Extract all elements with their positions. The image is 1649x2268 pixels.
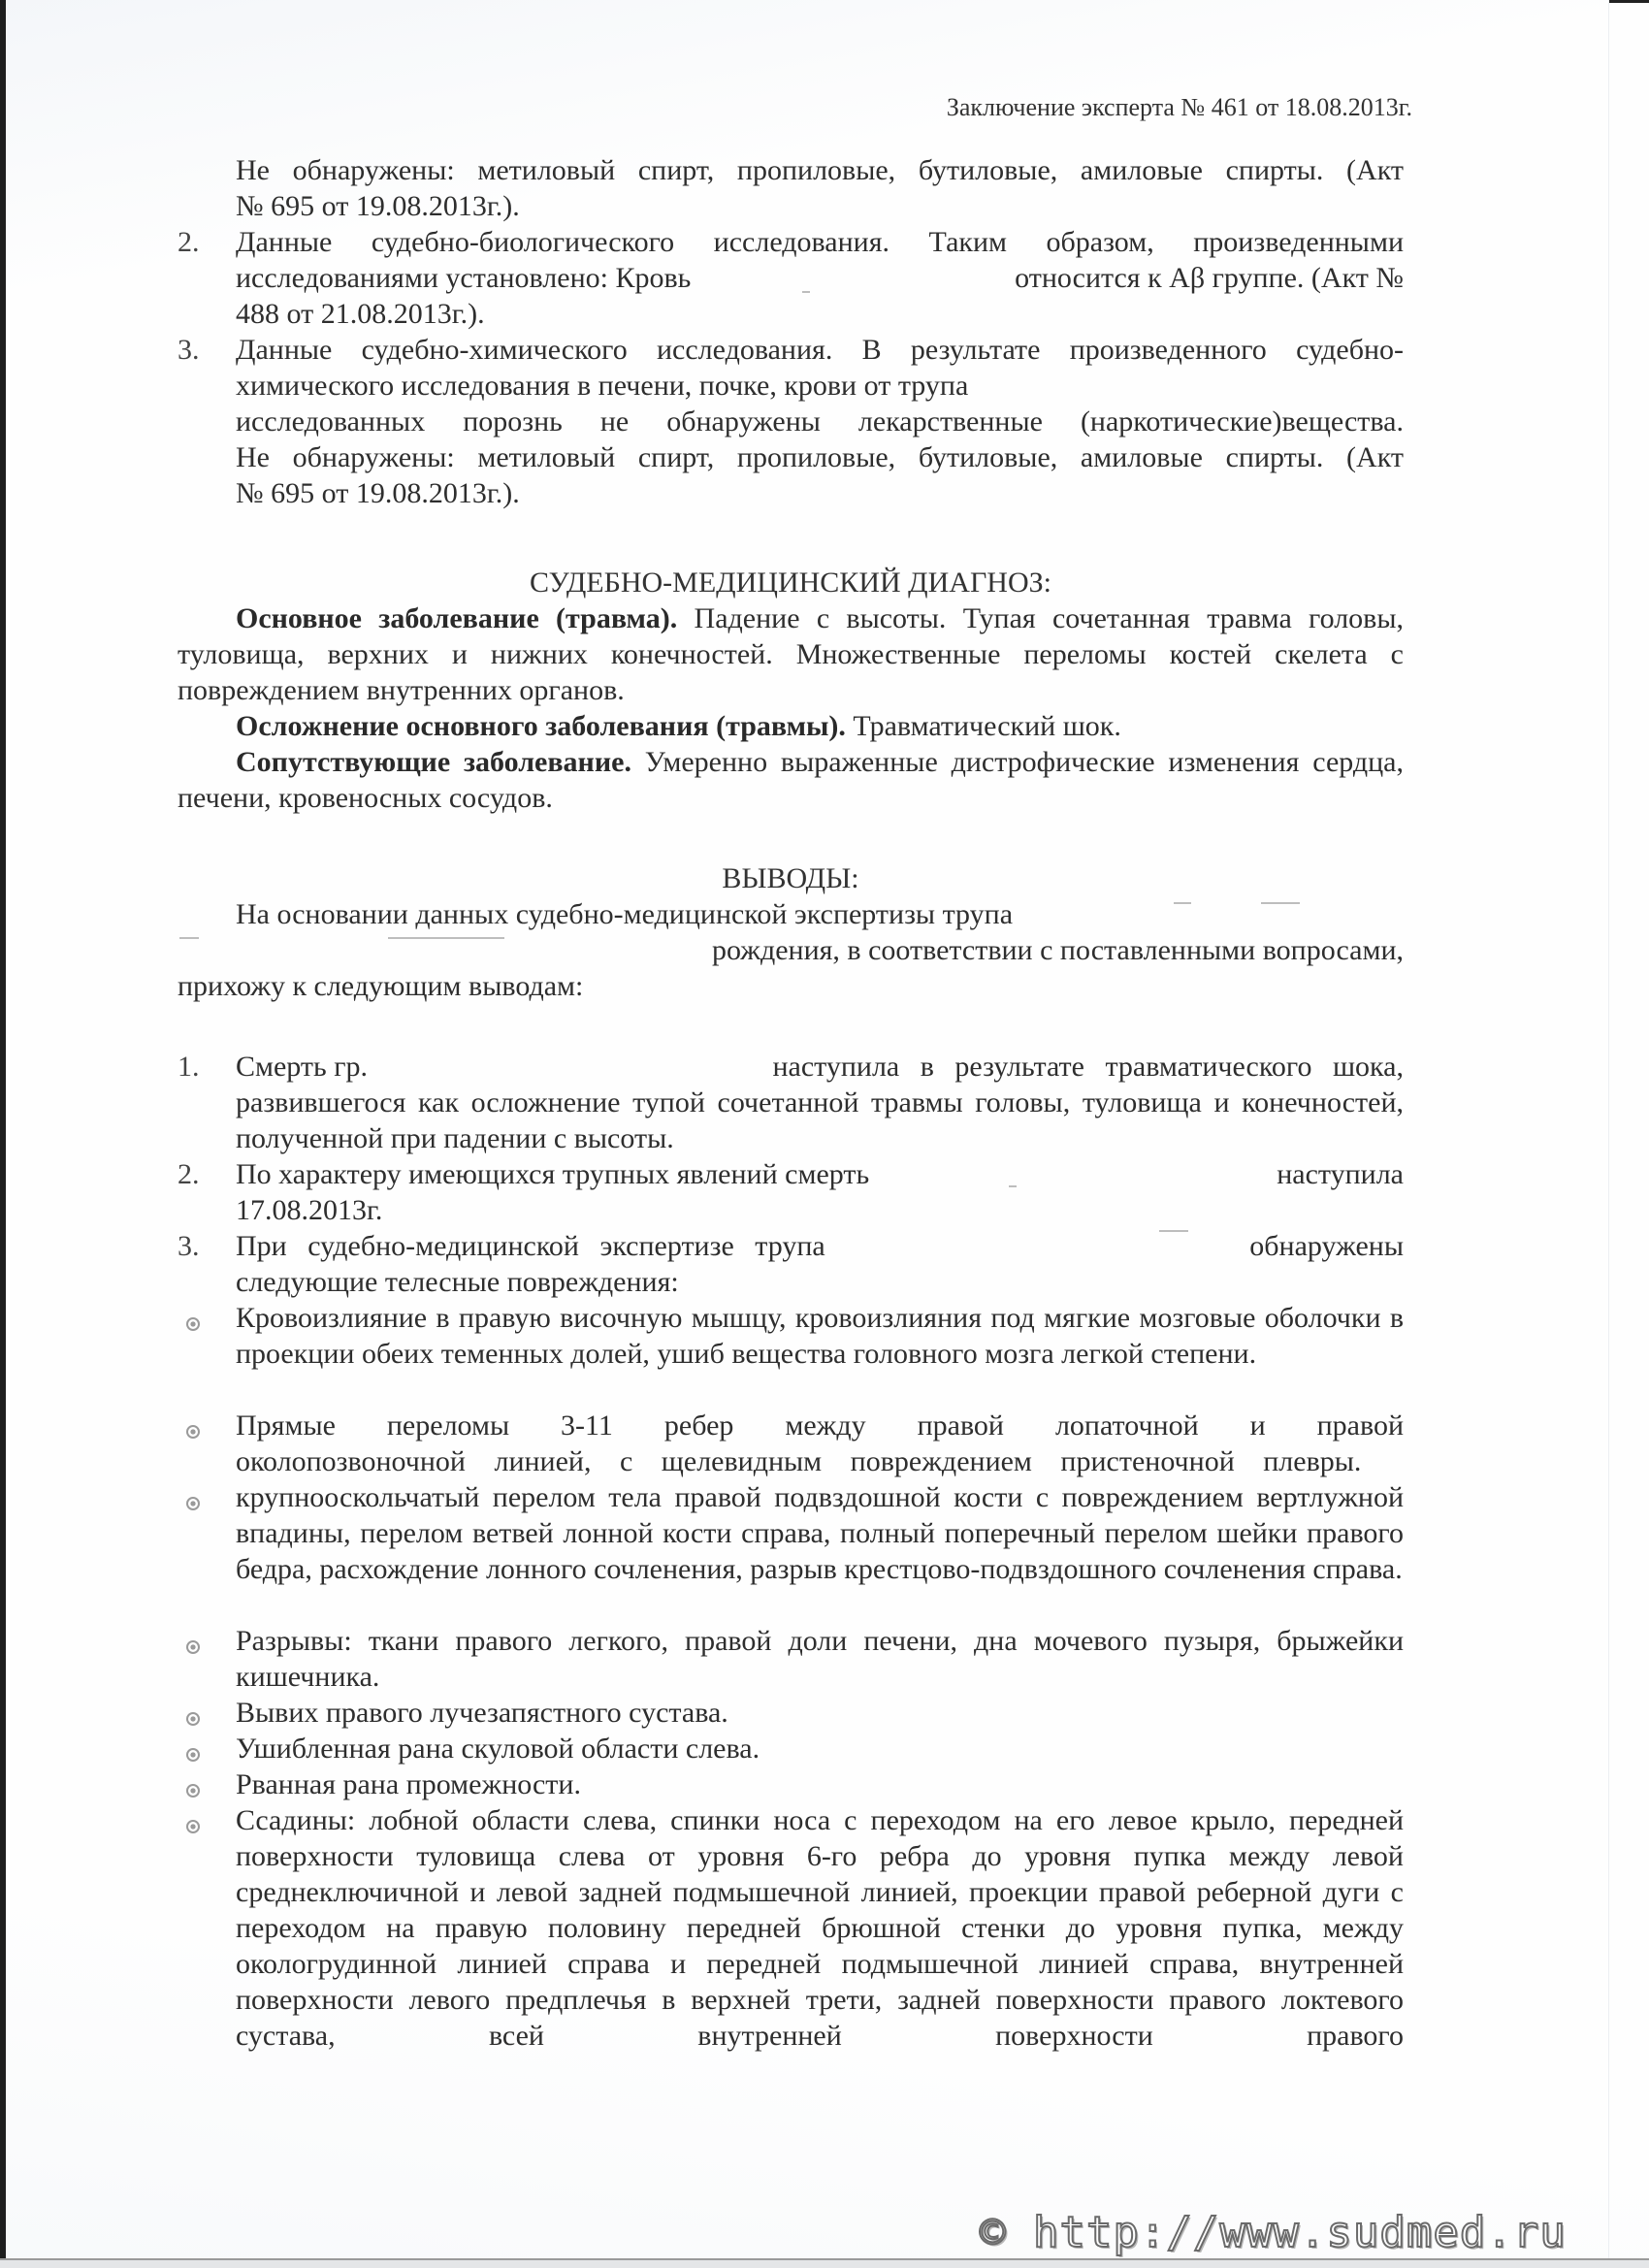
conclusion-2-right: наступила xyxy=(1277,1156,1404,1192)
conclusion-3-right: обнаружены xyxy=(1249,1228,1404,1264)
diagnosis-main: Основное заболевание (травма). Падение с… xyxy=(178,600,1404,708)
watermark-link[interactable]: © http://www.sudmed.ru xyxy=(980,2208,1639,2260)
diagnosis-complication-label: Осложнение основного заболевания (травмы… xyxy=(236,710,846,742)
injury-item: Кровоизлияние в правую височную мышцу, к… xyxy=(236,1300,1404,1372)
injury-item: Рванная рана промежности. xyxy=(236,1766,1404,1802)
finding-number: 3. xyxy=(178,332,200,368)
expert-report-reference: Заключение эксперта № 461 от 18.08.2013г… xyxy=(898,93,1412,122)
conclusions-intro-line-2: рождения, в соответствии с поставленными… xyxy=(621,932,1404,968)
injury-item: Ушибленная рана скуловой области слева. xyxy=(236,1731,1404,1766)
diagnosis-concomitant: Сопутствующие заболевание. Умеренно выра… xyxy=(178,744,1404,816)
redaction-trace xyxy=(1261,902,1300,904)
finding-3-line-1: Данные судебно-химического исследования.… xyxy=(236,332,1404,368)
bullet-icon xyxy=(186,1497,200,1510)
redaction-trace xyxy=(1009,1185,1017,1187)
conclusion-number: 3. xyxy=(178,1228,200,1264)
scan-fold-line xyxy=(1608,0,1609,2258)
conclusion-1-line-1: Смерть гр. наступила в результате травма… xyxy=(236,1049,1404,1085)
conclusion-1-rest: развившегося как осложнение тупой сочета… xyxy=(236,1085,1404,1156)
diagnosis-heading: СУДЕБНО-МЕДИЦИНСКИЙ ДИАГНОЗ: xyxy=(178,565,1404,600)
conclusion-2-rest: 17.08.2013г. xyxy=(236,1192,1404,1228)
conclusion-3-left: При судебно-медицинской экспертизе трупа xyxy=(236,1230,825,1262)
injury-item: Прямые переломы 3-11 ребер между правой … xyxy=(236,1408,1404,1479)
conclusions-intro-line-3: прихожу к следующим выводам: xyxy=(178,968,1404,1004)
bullet-icon xyxy=(186,1820,200,1833)
finding-3-line-2: химического исследования в печени, почке… xyxy=(236,368,1404,404)
intro-line-2: № 695 от 19.08.2013г.). xyxy=(236,188,1404,224)
finding-2-line-2: исследованиями установлено: Кровь относи… xyxy=(236,260,1404,296)
diagnosis-complication-text: Травматический шок. xyxy=(853,710,1120,742)
finding-2-line-2-right: относится к Aβ группе. (Акт № xyxy=(1015,260,1404,296)
finding-number: 2. xyxy=(178,224,200,260)
conclusion-3-line-1: При судебно-медицинской экспертизе трупа… xyxy=(236,1228,1404,1264)
intro-line-1: Не обнаружены: метиловый спирт, пропилов… xyxy=(236,152,1404,188)
redaction-trace xyxy=(179,937,199,939)
finding-3-line-3: исследованных порознь не обнаружены лека… xyxy=(236,404,1404,439)
injury-item: крупнооскольчатый перелом тела правой по… xyxy=(236,1479,1404,1587)
scan-edge-top-right xyxy=(1609,0,1649,3)
conclusions-heading: ВЫВОДЫ: xyxy=(178,860,1404,896)
diagnosis-concomitant-label: Сопутствующие заболевание. xyxy=(236,746,631,778)
diagnosis-main-label: Основное заболевание (травма). xyxy=(236,602,677,634)
injury-item: Вывих правого лучезапястного сустава. xyxy=(236,1695,1404,1731)
finding-3-line-4: Не обнаружены: метиловый спирт, пропилов… xyxy=(236,439,1404,475)
conclusion-number: 1. xyxy=(178,1049,200,1085)
injury-item: Ссадины: лобной области слева, спинки но… xyxy=(236,1802,1404,2090)
conclusion-3-rest: следующие телесные повреждения: xyxy=(236,1264,1404,1300)
bullet-icon xyxy=(186,1317,200,1331)
bullet-icon xyxy=(186,1784,200,1798)
conclusion-number: 2. xyxy=(178,1156,200,1192)
finding-2-line-1: Данные судебно-биологического исследован… xyxy=(236,224,1404,260)
bullet-icon xyxy=(186,1640,200,1654)
redaction-trace xyxy=(802,291,810,293)
conclusion-2-left: По характеру имеющихся трупных явлений с… xyxy=(236,1158,869,1190)
injury-item: Разрывы: ткани правого легкого, правой д… xyxy=(236,1623,1404,1695)
finding-2-line-2-left: исследованиями установлено: Кровь xyxy=(236,262,691,294)
conclusions-intro-line-1: На основании данных судебно-медицинской … xyxy=(178,896,1404,932)
redaction-trace xyxy=(1174,902,1191,904)
finding-2-line-3: 488 от 21.08.2013г.). xyxy=(236,296,1404,332)
conclusion-1-right: наступила в результате травматического ш… xyxy=(772,1049,1404,1085)
redaction-trace xyxy=(1159,1230,1188,1232)
redaction-trace xyxy=(388,937,504,939)
conclusion-2-line-1: По характеру имеющихся трупных явлений с… xyxy=(236,1156,1404,1192)
diagnosis-complication: Осложнение основного заболевания (травмы… xyxy=(178,708,1404,744)
conclusion-1-left: Смерть гр. xyxy=(236,1051,375,1083)
bullet-icon xyxy=(186,1748,200,1762)
bullet-icon xyxy=(186,1712,200,1726)
bullet-icon xyxy=(186,1425,200,1439)
finding-3-line-5: № 695 от 19.08.2013г.). xyxy=(236,475,1404,511)
finding-3-line-2-text: химического исследования в печени, почке… xyxy=(236,370,976,402)
